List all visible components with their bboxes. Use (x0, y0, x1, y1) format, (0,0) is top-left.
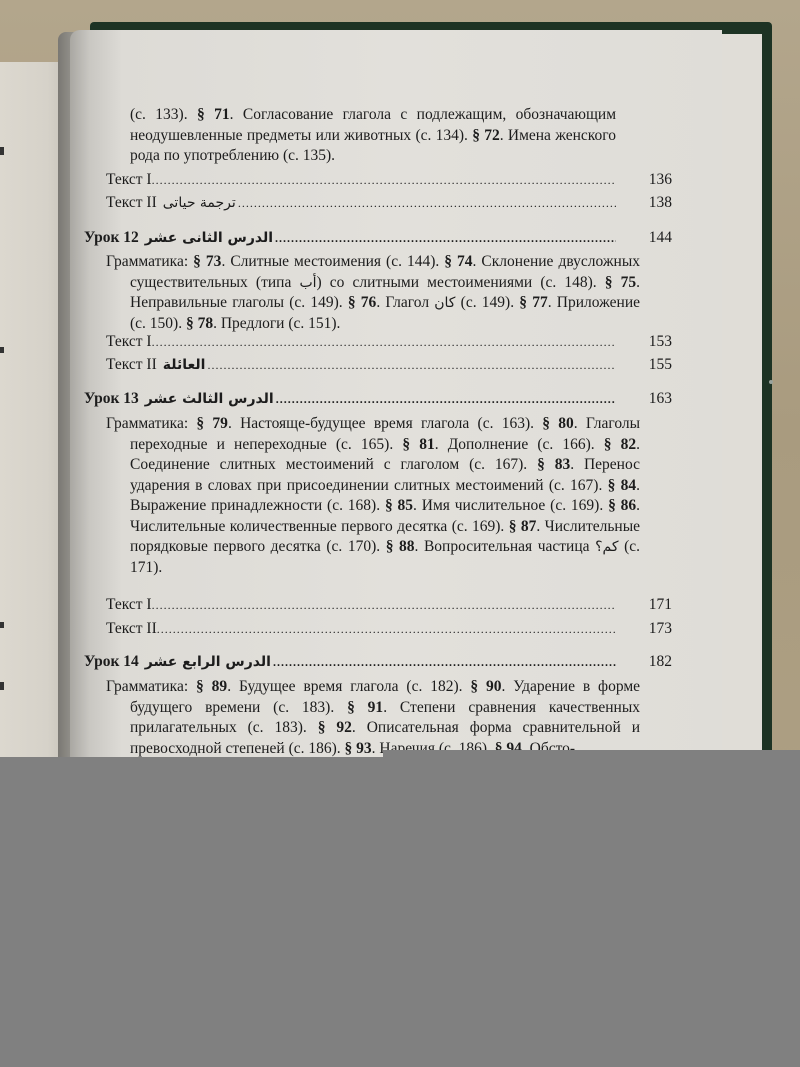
leader-dots (207, 358, 616, 373)
toc-lesson-12-grammar: Грамматика: § 73. Слитные местоимения (с… (106, 252, 640, 334)
redaction-block (0, 757, 800, 1067)
toc-entry-text-1[interactable]: Текст I (106, 333, 616, 353)
toc-entry-text-2[interactable]: Текст II العائلة (106, 356, 616, 376)
left-page-text-fragment (0, 682, 4, 690)
page-number: 182 (632, 653, 672, 671)
cover-speck (769, 380, 773, 384)
toc-lesson-13-grammar: Грамматика: § 79. Настояще-будущее время… (106, 414, 640, 578)
toc-entry-text-2[interactable]: Текст II ترجمة حياتى (106, 194, 616, 214)
leader-dots (152, 335, 616, 350)
toc-continuation-paragraph: (с. 133). § 71. Согласование глагола с п… (130, 105, 616, 167)
page-number: 138 (632, 194, 672, 212)
toc-entry-text-1[interactable]: Текст I (106, 171, 616, 191)
page-number: 173 (632, 620, 672, 638)
page-number: 153 (632, 333, 672, 351)
toc-lesson-14-heading[interactable]: Урок 14 الدرس الرابع عشر (84, 653, 616, 673)
leader-dots (275, 231, 616, 246)
table-of-contents: (с. 133). § 71. Согласование глагола с п… (70, 30, 722, 762)
leader-dots (152, 173, 616, 188)
leader-dots (157, 622, 616, 637)
left-page-text-fragment (0, 147, 4, 155)
toc-page: (с. 133). § 71. Согласование глагола с п… (70, 30, 722, 762)
toc-entry-text-2[interactable]: Текст II (106, 620, 616, 640)
toc-lesson-13-heading[interactable]: Урок 13 الدرس الثالث عشر (84, 390, 616, 410)
page-number: 171 (632, 596, 672, 614)
toc-entry-text-1[interactable]: Текст I (106, 596, 616, 616)
leader-dots (152, 598, 616, 613)
left-page-text-fragment (0, 347, 4, 353)
page-number: 155 (632, 356, 672, 374)
leader-dots (273, 655, 616, 670)
leader-dots (238, 196, 616, 211)
leader-dots (276, 392, 616, 407)
page-number: 163 (632, 390, 672, 408)
toc-lesson-14-grammar: Грамматика: § 89. Будущее время глагола … (106, 677, 640, 759)
toc-lesson-12-heading[interactable]: Урок 12 الدرس الثانى عشر (84, 229, 616, 249)
page-number: 144 (632, 229, 672, 247)
left-page-text-fragment (0, 622, 4, 628)
page-number: 136 (632, 171, 672, 189)
